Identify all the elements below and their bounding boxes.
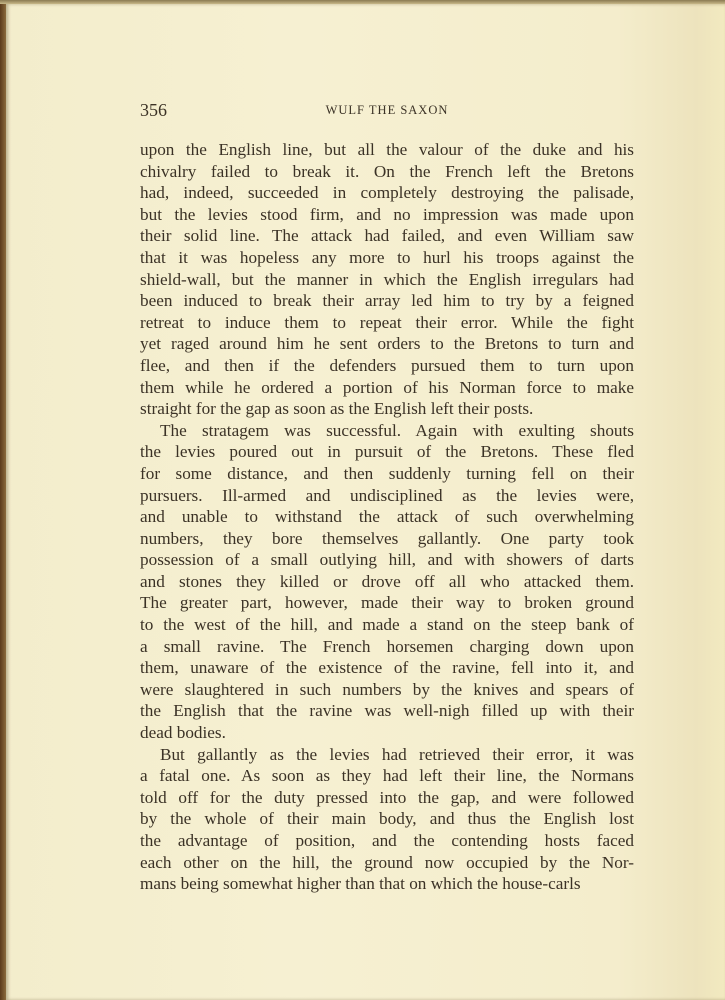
running-title: WULF THE SAXON — [140, 103, 634, 118]
text-line: straight for the gap as soon as the Engl… — [140, 398, 634, 420]
paragraph: But gallantly as the levies had retrieve… — [140, 744, 634, 895]
text-line: and unable to withstand the attack of su… — [140, 506, 634, 528]
text-line: that it was hopeless any more to hurl hi… — [140, 247, 634, 269]
text-line: and stones they killed or drove off all … — [140, 571, 634, 593]
text-line: told off for the duty pressed into the g… — [140, 787, 634, 809]
text-line: upon the English line, but all the valou… — [140, 139, 634, 161]
text-line: possession of a small outlying hill, and… — [140, 549, 634, 571]
text-line: the levies poured out in pursuit of the … — [140, 441, 634, 463]
text-line: to the west of the hill, and made a stan… — [140, 614, 634, 636]
text-line: for some distance, and then suddenly tur… — [140, 463, 634, 485]
text-line: The greater part, however, made their wa… — [140, 592, 634, 614]
text-line: the English that the ravine was well-nig… — [140, 700, 634, 722]
text-line: the advantage of position, and the conte… — [140, 830, 634, 852]
paragraph: upon the English line, but all the valou… — [140, 139, 634, 420]
text-line: shield-wall, but the manner in which the… — [140, 269, 634, 291]
text-line: dead bodies. — [140, 722, 634, 744]
text-line: retreat to induce them to repeat their e… — [140, 312, 634, 334]
text-line: but the levies stood firm, and no impres… — [140, 204, 634, 226]
text-line: each other on the hill, the ground now o… — [140, 852, 634, 874]
page-header: 356 WULF THE SAXON — [140, 100, 634, 124]
text-line: pursuers. Ill-armed and undisciplined as… — [140, 485, 634, 507]
text-line: yet raged around him he sent orders to t… — [140, 333, 634, 355]
text-line: by the whole of their main body, and thu… — [140, 808, 634, 830]
text-line: a small ravine. The French horsemen char… — [140, 636, 634, 658]
text-line: their solid line. The attack had failed,… — [140, 225, 634, 247]
text-line: a fatal one. As soon as they had left th… — [140, 765, 634, 787]
text-line: them, unaware of the existence of the ra… — [140, 657, 634, 679]
text-line: them while he ordered a portion of his N… — [140, 377, 634, 399]
text-line: flee, and then if the defenders pursued … — [140, 355, 634, 377]
text-line: chivalry failed to break it. On the Fren… — [140, 161, 634, 183]
paragraph: The stratagem was successful. Again with… — [140, 420, 634, 744]
text-line: were slaughtered in such numbers by the … — [140, 679, 634, 701]
body-text: upon the English line, but all the valou… — [140, 139, 634, 895]
text-line: The stratagem was successful. Again with… — [140, 420, 634, 442]
text-line: been induced to break their array led hi… — [140, 290, 634, 312]
text-line: mans being somewhat higher than that on … — [140, 873, 634, 895]
text-line: numbers, they bore themselves gallantly.… — [140, 528, 634, 550]
text-line: But gallantly as the levies had retrieve… — [140, 744, 634, 766]
text-line: had, indeed, succeeded in completely des… — [140, 182, 634, 204]
